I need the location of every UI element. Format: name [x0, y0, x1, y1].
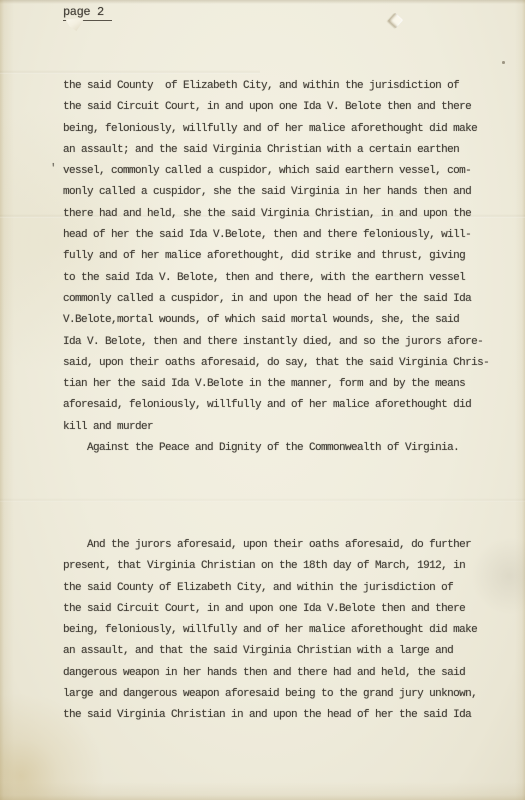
text-line: dangerous weapon in her hands then and t…: [63, 663, 477, 684]
text-line: tian her the said Ida V.Belote in the ma…: [63, 374, 489, 395]
text-line: monly called a cuspidor, she the said Vi…: [63, 182, 489, 203]
text-line: And the jurors aforesaid, upon their oat…: [63, 535, 477, 556]
page-number-label: page 2: [63, 5, 112, 21]
text-line: the said Circuit Court, in and upon one …: [63, 599, 477, 620]
staple-mark: [66, 17, 86, 31]
text-line: being, feloniously, willfully and of her…: [63, 119, 489, 140]
indictment-paragraph-second-count: And the jurors aforesaid, upon their oat…: [63, 535, 477, 727]
text-line: Against the Peace and Dignity of the Com…: [63, 438, 489, 459]
ink-speck: [502, 61, 505, 64]
text-line: aforesaid, feloniously, willfully and of…: [63, 395, 489, 416]
text-line: the said Circuit Court, in and upon one …: [63, 97, 489, 118]
text-line: large and dangerous weapon aforesaid bei…: [63, 684, 477, 705]
text-line: kill and murder: [63, 417, 489, 438]
text-line: V.Belote,mortal wounds, of which said mo…: [63, 310, 489, 331]
text-line: the said County of Elizabeth City, and w…: [63, 76, 489, 97]
indictment-paragraph-first-count: the said County of Elizabeth City, and w…: [63, 76, 489, 459]
text-line: the said Virginia Christian in and upon …: [63, 705, 477, 726]
paper-crease: [0, 498, 525, 502]
text-line: to the said Ida V. Belote, then and ther…: [63, 268, 489, 289]
paper-crease: [0, 70, 260, 74]
text-line: an assault, and that the said Virginia C…: [63, 641, 477, 662]
text-line: the said County of Elizabeth City, and w…: [63, 578, 477, 599]
text-line: Ida V. Belote, then and there instantly …: [63, 332, 489, 353]
text-line: head of her the said Ida V.Belote, then …: [63, 225, 489, 246]
text-line: being, feloniously, willfully and of her…: [63, 620, 477, 641]
text-line: said, upon their oaths aforesaid, do say…: [63, 353, 489, 374]
text-line: an assault; and the said Virginia Christ…: [63, 140, 489, 161]
text-line: present, that Virginia Christian on the …: [63, 556, 477, 577]
text-line: fully and of her malice aforethought, di…: [63, 246, 489, 267]
scanned-document-page: page 2 ' the said County of Elizabeth Ci…: [0, 0, 525, 800]
text-line: there had and held, she the said Virgini…: [63, 204, 489, 225]
stray-tick-mark: ': [50, 163, 57, 175]
punched-hole: [388, 13, 404, 29]
text-line: vessel, commonly called a cuspidor, whic…: [63, 161, 489, 182]
text-line: commonly called a cuspidor, in and upon …: [63, 289, 489, 310]
